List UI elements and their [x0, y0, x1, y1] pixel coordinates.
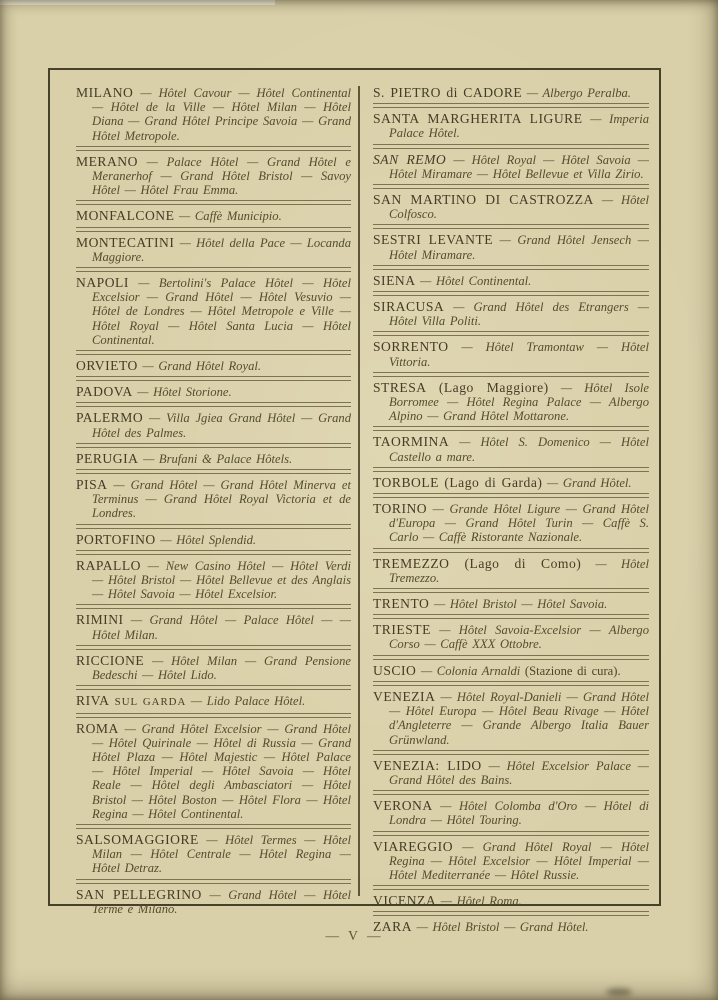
entry-separator	[373, 588, 649, 593]
entry-separator	[373, 548, 649, 553]
city-name: SAN REMO	[373, 152, 446, 167]
entry-separator	[373, 426, 649, 431]
directory-entry: RAPALLO — New Casino Hôtel — Hôtel Verdi…	[76, 559, 351, 602]
directory-entry: STRESA (Lago Maggiore) — Hôtel Isole Bor…	[373, 381, 649, 424]
city-name: SAN PELLEGRINO	[76, 887, 202, 902]
directory-entry: TORINO — Grande Hôtel Ligure — Grand Hôt…	[373, 502, 649, 545]
hotel-list: — Grand Hôtel — Palace Hôtel — — Hôtel M…	[92, 613, 351, 641]
entry-separator	[76, 376, 351, 381]
entry-separator	[76, 350, 351, 355]
city-name: USCIO	[373, 663, 416, 678]
city-name: SIRACUSA	[373, 299, 444, 314]
page-number: — V —	[48, 928, 661, 944]
entry-separator	[373, 911, 649, 916]
hotel-list-roman-note: (Stazione di cura).	[520, 664, 620, 678]
hotel-list: — Brufani & Palace Hôtels.	[138, 452, 292, 466]
entry-separator	[373, 655, 649, 660]
city-name: VENEZIA	[373, 689, 435, 704]
directory-entry: RIMINI — Grand Hôtel — Palace Hôtel — — …	[76, 613, 351, 641]
hotel-list: — Grand Hôtel Excelsior — Grand Hôtel — …	[92, 722, 351, 821]
entry-separator	[373, 831, 649, 836]
directory-entry: NAPOLI — Bertolini's Palace Hôtel — Hôte…	[76, 276, 351, 347]
city-name: TORBOLE (Lago di Garda)	[373, 475, 542, 490]
city-name: VIAREGGIO	[373, 839, 453, 854]
city-name: STRESA (Lago Maggiore)	[373, 380, 549, 395]
entry-separator	[373, 291, 649, 296]
directory-entry: PALERMO — Villa Jgiea Grand Hôtel — Gran…	[76, 411, 351, 439]
city-name: PISA	[76, 477, 107, 492]
city-name: RIVA	[76, 693, 109, 708]
scan-smudge	[606, 988, 632, 996]
hotel-list: — Hôtel Roma.	[436, 894, 522, 908]
scan-edge-highlight	[0, 0, 275, 5]
directory-entry: PADOVA — Hôtel Storione.	[76, 385, 351, 399]
hotel-list: — Colonia Arnaldi	[416, 664, 520, 678]
hotel-list: — Lido Palace Hôtel.	[186, 694, 305, 708]
entry-separator	[373, 265, 649, 270]
directory-entry: SAN REMO — Hôtel Royal — Hôtel Savoia — …	[373, 153, 649, 181]
directory-entry: RIVA SUL GARDA — Lido Palace Hôtel.	[76, 694, 351, 709]
directory-entry: ORVIETO — Grand Hôtel Royal.	[76, 359, 351, 373]
entry-separator	[76, 604, 351, 609]
directory-entry: SIENA — Hôtel Continental.	[373, 274, 649, 288]
city-name: PORTOFINO	[76, 532, 156, 547]
directory-entry: TAORMINA — Hôtel S. Domenico — Hôtel Cas…	[373, 435, 649, 463]
entry-separator	[373, 103, 649, 108]
hotel-list: — Grand Hôtel.	[542, 476, 631, 490]
directory-entry: MILANO — Hôtel Cavour — Hôtel Continenta…	[76, 86, 351, 143]
city-name: TRIESTE	[373, 622, 431, 637]
hotel-list: — Hôtel Storione.	[133, 385, 232, 399]
directory-entry: SIRACUSA — Grand Hôtel des Etrangers — H…	[373, 300, 649, 328]
city-name: PALERMO	[76, 410, 143, 425]
city-name: SORRENTO	[373, 339, 449, 354]
entry-separator	[76, 879, 351, 884]
entry-separator	[373, 331, 649, 336]
city-name: SAN MARTINO DI CASTROZZA	[373, 192, 594, 207]
city-name: VENEZIA: LIDO	[373, 758, 482, 773]
city-name: SANTA MARGHERITA LIGURE	[373, 111, 583, 126]
entry-separator	[76, 685, 351, 690]
entry-separator	[373, 224, 649, 229]
city-name: SALSOMAGGIORE	[76, 832, 199, 847]
city-name: SESTRI LEVANTE	[373, 232, 493, 247]
directory-entry: VIAREGGIO — Grand Hôtel Royal — Hôtel Re…	[373, 840, 649, 883]
city-name: MONTECATINI	[76, 235, 174, 250]
hotel-list: — Caffè Municipio.	[174, 209, 281, 223]
directory-entry: RICCIONE — Hôtel Milan — Grand Pensione …	[76, 654, 351, 682]
directory-entry: VENEZIA — Hôtel Royal-Danieli — Grand Hô…	[373, 690, 649, 747]
directory-entry: TRENTO — Hôtel Bristol — Hôtel Savoia.	[373, 597, 649, 611]
city-name: ROMA	[76, 721, 119, 736]
directory-entry: VERONA — Hôtel Colomba d'Oro — Hôtel di …	[373, 799, 649, 827]
city-name: TAORMINA	[373, 434, 449, 449]
city-name: TORINO	[373, 501, 427, 516]
entry-separator	[76, 402, 351, 407]
hotel-list: — Hôtel Splendid.	[156, 533, 256, 547]
city-name: RIMINI	[76, 612, 124, 627]
entry-separator	[76, 443, 351, 448]
entry-separator	[373, 144, 649, 149]
city-name: ORVIETO	[76, 358, 138, 373]
entry-separator	[76, 200, 351, 205]
entry-separator	[373, 790, 649, 795]
directory-entry: USCIO — Colonia Arnaldi (Stazione di cur…	[373, 664, 649, 678]
directory-entry: PERUGIA — Brufani & Palace Hôtels.	[76, 452, 351, 466]
directory-entry: SESTRI LEVANTE — Grand Hôtel Jensech — H…	[373, 233, 649, 261]
city-name: NAPOLI	[76, 275, 129, 290]
column-right: S. PIETRO di CADORE — Albergo Peralba.SA…	[360, 86, 649, 896]
directory-entry: TORBOLE (Lago di Garda) — Grand Hôtel.	[373, 476, 649, 490]
directory-entry: SANTA MARGHERITA LIGURE — Imperia Palace…	[373, 112, 649, 140]
city-name: SIENA	[373, 273, 416, 288]
entry-separator	[76, 713, 351, 718]
city-name: PERUGIA	[76, 451, 138, 466]
content-frame: MILANO — Hôtel Cavour — Hôtel Continenta…	[48, 68, 661, 906]
directory-entry: PORTOFINO — Hôtel Splendid.	[76, 533, 351, 547]
directory-entry: VICENZA — Hôtel Roma.	[373, 894, 649, 908]
directory-entry: SALSOMAGGIORE — Hôtel Termes — Hôtel Mil…	[76, 833, 351, 876]
entry-separator	[76, 267, 351, 272]
entry-separator	[76, 146, 351, 151]
city-name: VERONA	[373, 798, 433, 813]
entry-separator	[373, 885, 649, 890]
entry-separator	[76, 469, 351, 474]
hotel-list: — Grand Hôtel — Grand Hôtel Minerva et T…	[92, 478, 351, 520]
directory-entry: MERANO — Palace Hôtel — Grand Hôtel e Me…	[76, 155, 351, 198]
entry-separator	[373, 467, 649, 472]
directory-entry: MONFALCONE — Caffè Municipio.	[76, 209, 351, 223]
hotel-list: — Hôtel Continental.	[416, 274, 532, 288]
city-name: TREMEZZO (Lago di Como)	[373, 556, 581, 571]
entry-separator	[373, 750, 649, 755]
entry-separator	[373, 614, 649, 619]
entry-separator	[76, 645, 351, 650]
city-name: S. PIETRO di CADORE	[373, 85, 522, 100]
directory-entry: ROMA — Grand Hôtel Excelsior — Grand Hôt…	[76, 722, 351, 821]
entry-separator	[373, 184, 649, 189]
directory-entry: TRIESTE — Hôtel Savoia-Excelsior — Alber…	[373, 623, 649, 651]
city-name: RAPALLO	[76, 558, 141, 573]
directory-entry: SAN PELLEGRINO — Grand Hôtel — Hôtel Ter…	[76, 888, 351, 916]
directory-entry: TREMEZZO (Lago di Como) — Hôtel Tremezzo…	[373, 557, 649, 585]
entry-separator	[76, 550, 351, 555]
city-name: VICENZA	[373, 893, 436, 908]
hotel-list: — Bertolini's Palace Hôtel — Hôtel Excel…	[92, 276, 351, 347]
directory-entry: SAN MARTINO DI CASTROZZA — Hôtel Colfosc…	[373, 193, 649, 221]
directory-entry: PISA — Grand Hôtel — Grand Hôtel Minerva…	[76, 478, 351, 521]
directory-entry: VENEZIA: LIDO — Hôtel Excelsior Palace —…	[373, 759, 649, 787]
hotel-list: — Hôtel Bristol — Hôtel Savoia.	[429, 597, 607, 611]
city-name: RICCIONE	[76, 653, 144, 668]
entry-separator	[76, 227, 351, 232]
directory-entry: MONTECATINI — Hôtel della Pace — Locanda…	[76, 236, 351, 264]
city-name: MONFALCONE	[76, 208, 174, 223]
city-name: TRENTO	[373, 596, 429, 611]
directory-entry: SORRENTO — Hôtel Tramontaw — Hôtel Vitto…	[373, 340, 649, 368]
city-name: MERANO	[76, 154, 138, 169]
entry-separator	[76, 524, 351, 529]
city-name: MILANO	[76, 85, 133, 100]
column-left: MILANO — Hôtel Cavour — Hôtel Continenta…	[76, 86, 358, 896]
hotel-list: — Albergo Peralba.	[522, 86, 631, 100]
entry-separator	[373, 372, 649, 377]
scanned-book-page: MILANO — Hôtel Cavour — Hôtel Continenta…	[0, 0, 718, 1000]
hotel-list: — Grande Hôtel Ligure — Grand Hôtel d'Eu…	[389, 502, 649, 544]
entry-separator	[76, 824, 351, 829]
city-name-small-caps: SUL GARDA	[109, 696, 186, 708]
hotel-list: — Grand Hôtel Royal.	[138, 359, 261, 373]
entry-separator	[373, 681, 649, 686]
city-name: PADOVA	[76, 384, 133, 399]
directory-entry: S. PIETRO di CADORE — Albergo Peralba.	[373, 86, 649, 100]
entry-separator	[373, 493, 649, 498]
